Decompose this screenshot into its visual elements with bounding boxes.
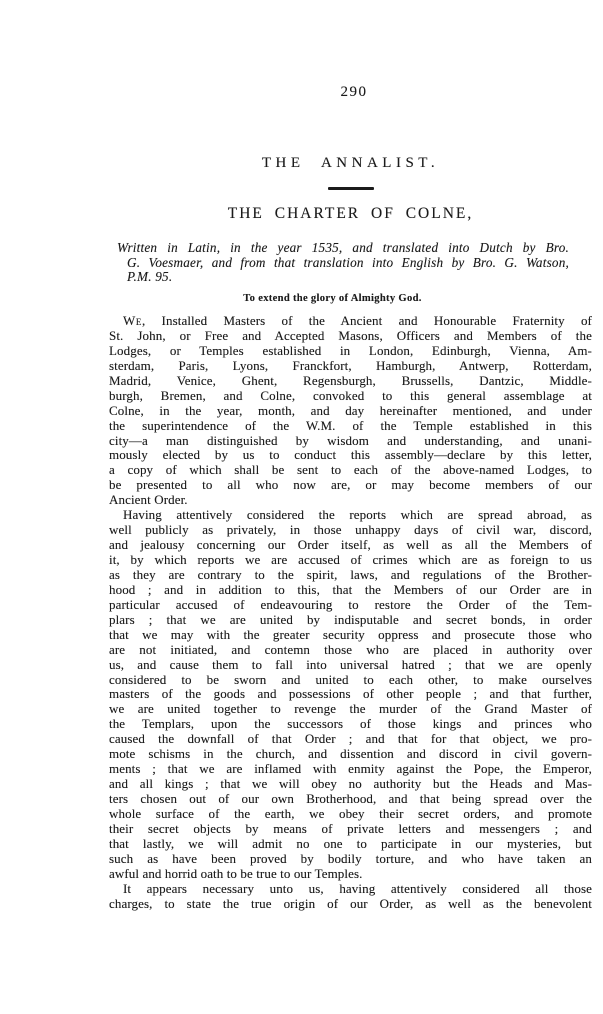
text-line: charges, to state the true origin of our… xyxy=(109,897,592,912)
text-line: Lodges, or Temples established in London… xyxy=(109,344,592,359)
text-line: Ancient Order. xyxy=(109,493,592,508)
text-line: awful and horrid oath to be true to our … xyxy=(109,867,592,882)
page-number: 290 xyxy=(109,84,592,101)
text-line: and all kings ; that we will obey no aut… xyxy=(109,777,592,792)
motto-line: To extend the glory of Almighty God. xyxy=(109,293,592,304)
masthead-title: THE ANNALIST. xyxy=(109,155,592,172)
text-line: hood ; and in addition to this, that the… xyxy=(109,583,592,598)
text-line: particular accused of endeavouring to re… xyxy=(109,598,592,613)
text-line: sterdam, Paris, Lyons, Franckfort, Hambu… xyxy=(109,359,592,374)
text-line-rest: , Installed Masters of the Ancient and H… xyxy=(142,314,592,328)
text-line: considered to be sworn and united to eac… xyxy=(109,673,592,688)
text-line: Colne, in the year, month, and day herei… xyxy=(109,404,592,419)
text-line: mously elected by us to conduct this ass… xyxy=(109,448,592,463)
paragraph-1: We, Installed Masters of the Ancient and… xyxy=(109,314,592,508)
text-line: us, and cause them to fall into universa… xyxy=(109,658,592,673)
text-column: 290 THE ANNALIST. THE CHARTER OF COLNE, … xyxy=(109,0,592,1014)
scanned-book-page: 290 THE ANNALIST. THE CHARTER OF COLNE, … xyxy=(0,0,603,1014)
text-line: caused the downfall of that Order ; and … xyxy=(109,732,592,747)
text-line: and jealousy concerning our Order itself… xyxy=(109,538,592,553)
text-line: ments ; that we are inflamed with enmity… xyxy=(109,762,592,777)
text-line: are not initiated, and contemn those who… xyxy=(109,643,592,658)
text-line: a copy of which shall be sent to each of… xyxy=(109,463,592,478)
attribution-line: G. Voesmaer, and from that translation i… xyxy=(117,256,569,271)
divider-rule xyxy=(328,187,374,190)
text-line: their secret objects by means of private… xyxy=(109,822,592,837)
text-line: the Templars, upon the successors of tho… xyxy=(109,717,592,732)
text-line: masters of the goods and possessions of … xyxy=(109,687,592,702)
text-line: mote schisms in the church, and dissenti… xyxy=(109,747,592,762)
text-line: well publicly as privately, in those unh… xyxy=(109,523,592,538)
text-line: that lastly, we will admit no one to par… xyxy=(109,837,592,852)
text-line: we are united together to revenge the mu… xyxy=(109,702,592,717)
paragraph-lead: We xyxy=(123,314,142,328)
text-line: it, by which reports we are accused of c… xyxy=(109,553,592,568)
text-line: such as have been proved by bodily tortu… xyxy=(109,852,592,867)
body-text: We, Installed Masters of the Ancient and… xyxy=(109,314,592,912)
paragraph-2: Having attentively considered the report… xyxy=(109,508,592,881)
text-line: that we may with the greater security op… xyxy=(109,628,592,643)
text-line: Having attentively considered the report… xyxy=(109,508,592,523)
paragraph-3: It appears necessary unto us, having att… xyxy=(109,882,592,912)
attribution-line: P.M. 95. xyxy=(117,270,569,285)
attribution-note: Written in Latin, in the year 1535, and … xyxy=(117,241,569,285)
text-line: the superintendence of the W.M. of the T… xyxy=(109,419,592,434)
article-title: THE CHARTER OF COLNE, xyxy=(109,205,592,223)
attribution-line: Written in Latin, in the year 1535, and … xyxy=(117,241,569,256)
text-line: We, Installed Masters of the Ancient and… xyxy=(109,314,592,329)
text-line: ters chosen out of our own Brotherhood, … xyxy=(109,792,592,807)
text-line: be presented to all who now are, or may … xyxy=(109,478,592,493)
text-line: as they are contrary to the spirit, laws… xyxy=(109,568,592,583)
text-line: whole surface of the earth, we obey thei… xyxy=(109,807,592,822)
text-line: city—a man distinguished by wisdom and u… xyxy=(109,434,592,449)
text-line: plars ; that we are united by indisputab… xyxy=(109,613,592,628)
text-line: burgh, Bremen, and Colne, convoked to th… xyxy=(109,389,592,404)
text-line: Madrid, Venice, Ghent, Regensburgh, Brus… xyxy=(109,374,592,389)
text-line: St. John, or Free and Accepted Masons, O… xyxy=(109,329,592,344)
text-line: It appears necessary unto us, having att… xyxy=(109,882,592,897)
